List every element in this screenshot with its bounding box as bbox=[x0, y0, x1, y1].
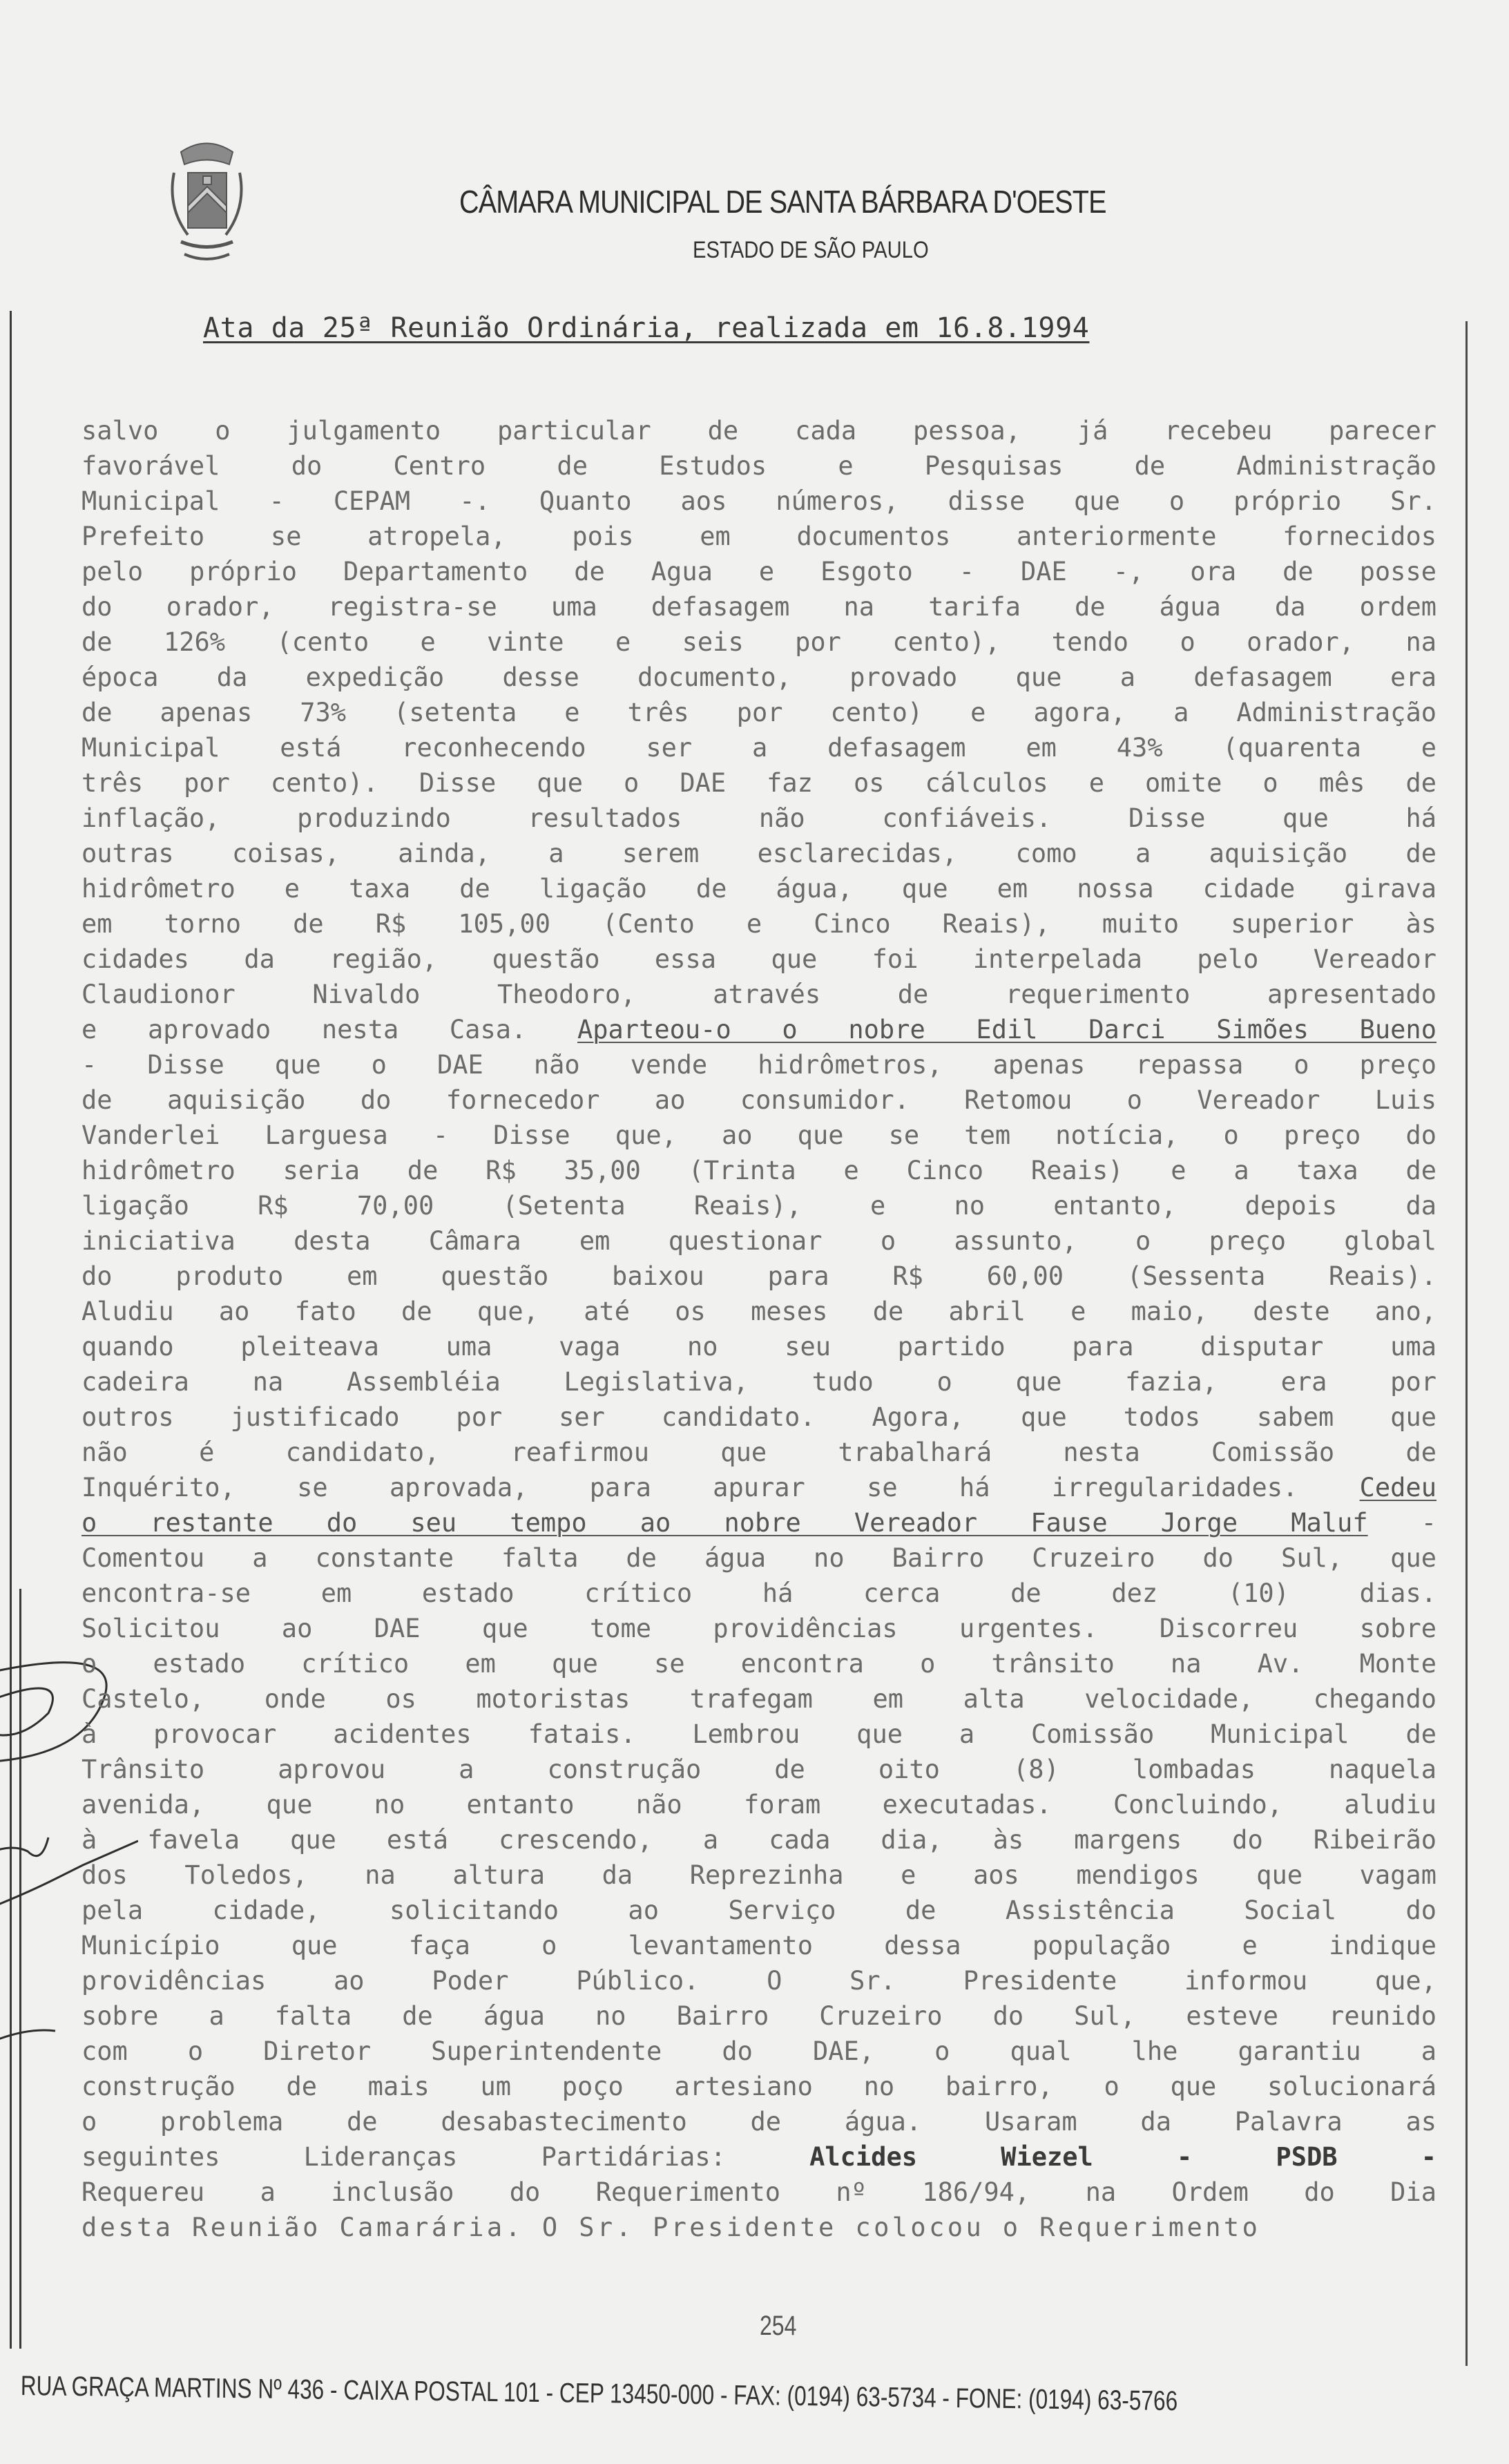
page-number: 254 bbox=[760, 2311, 796, 2342]
text-line: o restante do seu tempo ao nobre Vereado… bbox=[81, 1505, 1436, 1540]
text-line: ligação R$ 70,00 (Setenta Reais), e no e… bbox=[81, 1188, 1436, 1223]
text-line: desta Reunião Camarária. O Sr. President… bbox=[81, 2210, 1436, 2245]
text-line: o estado crítico em que se encontra o tr… bbox=[81, 1646, 1436, 1681]
bold-speaker: Alcides Wiezel - PSDB - bbox=[809, 2142, 1436, 2172]
text-line: sobre a falta de água no Bairro Cruzeiro… bbox=[81, 1998, 1436, 2034]
text-line: não é candidato, reafirmou que trabalhar… bbox=[81, 1435, 1436, 1470]
text-line: o problema de desabastecimento de água. … bbox=[81, 2104, 1436, 2139]
text-line: Comentou a constante falta de água no Ba… bbox=[81, 1540, 1436, 1576]
text-line: com o Diretor Superintendente do DAE, o … bbox=[81, 2034, 1436, 2069]
text-line: - Disse que o DAE não vende hidrômetros,… bbox=[81, 1047, 1436, 1082]
text-line: construção de mais um poço artesiano no … bbox=[81, 2069, 1436, 2104]
text-line: Requereu a inclusão do Requerimento nº 1… bbox=[81, 2175, 1436, 2210]
text-segment: e aprovado nesta Casa. bbox=[81, 1015, 577, 1044]
text-line: do produto em questão baixou para R$ 60,… bbox=[81, 1259, 1436, 1294]
text-line: Municipal está reconhecendo ser a defasa… bbox=[81, 730, 1436, 765]
text-line: Municipal - CEPAM -. Quanto aos números,… bbox=[81, 484, 1436, 519]
state-name: ESTADO DE SÃO PAULO bbox=[693, 237, 929, 264]
text-line: seguintes Lideranças Partidárias: Alcide… bbox=[81, 2139, 1436, 2175]
text-line: inflação, produzindo resultados não conf… bbox=[81, 801, 1436, 836]
right-margin-rule bbox=[1465, 321, 1468, 2366]
text-line: época da expedição desse documento, prov… bbox=[81, 660, 1436, 695]
text-line: hidrômetro e taxa de ligação de água, qu… bbox=[81, 871, 1436, 906]
text-line: à favela que está crescendo, a cada dia,… bbox=[81, 1822, 1436, 1857]
text-line: em torno de R$ 105,00 (Cento e Cinco Rea… bbox=[81, 906, 1436, 942]
text-line: iniciativa desta Câmara em questionar o … bbox=[81, 1223, 1436, 1259]
document-body: salvo o julgamento particular de cada pe… bbox=[81, 413, 1436, 2245]
text-line: pela cidade, solicitando ao Serviço de A… bbox=[81, 1893, 1436, 1928]
coat-of-arms-icon bbox=[160, 131, 253, 269]
text-line: hidrômetro seria de R$ 35,00 (Trinta e C… bbox=[81, 1153, 1436, 1188]
text-line: avenida, que no entanto não foram execut… bbox=[81, 1787, 1436, 1822]
text-line: Vanderlei Larguesa - Disse que, ao que s… bbox=[81, 1118, 1436, 1153]
text-line: de aquisição do fornecedor ao consumidor… bbox=[81, 1082, 1436, 1118]
text-line: providências ao Poder Público. O Sr. Pre… bbox=[81, 1963, 1436, 1998]
text-line: de 126% (cento e vinte e seis por cento)… bbox=[81, 624, 1436, 660]
text-line: do orador, registra-se uma defasagem na … bbox=[81, 589, 1436, 624]
text-line: cadeira na Assembléia Legislativa, tudo … bbox=[81, 1364, 1436, 1400]
text-line: Castelo, onde os motoristas trafegam em … bbox=[81, 1681, 1436, 1717]
text-line: e aprovado nesta Casa. Aparteou-o o nobr… bbox=[81, 1012, 1436, 1047]
text-line: quando pleiteava uma vaga no seu partido… bbox=[81, 1329, 1436, 1364]
text-line: dos Toledos, na altura da Reprezinha e a… bbox=[81, 1857, 1436, 1893]
text-line: Inquérito, se aprovada, para apurar se h… bbox=[81, 1470, 1436, 1505]
footer-address: RUA GRAÇA MARTINS Nº 436 - CAIXA POSTAL … bbox=[21, 2371, 1200, 2418]
left-margin-rule bbox=[10, 311, 12, 2349]
text-line: Solicitou ao DAE que tome providências u… bbox=[81, 1611, 1436, 1646]
text-line: Trânsito aprovou a construção de oito (8… bbox=[81, 1752, 1436, 1787]
text-line: favorável do Centro de Estudos e Pesquis… bbox=[81, 448, 1436, 484]
text-line: Claudionor Nivaldo Theodoro, através de … bbox=[81, 977, 1436, 1012]
text-line: salvo o julgamento particular de cada pe… bbox=[81, 413, 1436, 448]
underlined-speaker: Cedeu bbox=[1360, 1473, 1436, 1502]
left-margin-rule-inner bbox=[19, 1589, 21, 2349]
text-line: Aludiu ao fato de que, até os meses de a… bbox=[81, 1294, 1436, 1329]
text-line: de apenas 73% (setenta e três por cento)… bbox=[81, 695, 1436, 730]
text-line: à provocar acidentes fatais. Lembrou que… bbox=[81, 1717, 1436, 1752]
text-line: outras coisas, ainda, a serem esclarecid… bbox=[81, 836, 1436, 871]
text-line: pelo próprio Departamento de Agua e Esgo… bbox=[81, 554, 1436, 589]
text-segment: seguintes Lideranças Partidárias: bbox=[81, 2142, 809, 2172]
text-line: outros justificado por ser candidato. Ag… bbox=[81, 1400, 1436, 1435]
text-line: três por cento). Disse que o DAE faz os … bbox=[81, 765, 1436, 801]
institution-name: CÂMARA MUNICIPAL DE SANTA BÁRBARA D'OEST… bbox=[459, 183, 1113, 220]
text-line: Prefeito se atropela, pois em documentos… bbox=[81, 519, 1436, 554]
document-title: Ata da 25ª Reunião Ordinária, realizada … bbox=[203, 312, 1308, 344]
text-line: encontra-se em estado crítico há cerca d… bbox=[81, 1576, 1436, 1611]
text-segment: - bbox=[1368, 1508, 1436, 1538]
text-line: cidades da região, questão essa que foi … bbox=[81, 942, 1436, 977]
underlined-speaker: Aparteou-o o nobre Edil Darci Simões Bue… bbox=[577, 1015, 1436, 1044]
underlined-speaker: o restante do seu tempo ao nobre Vereado… bbox=[81, 1508, 1368, 1538]
text-segment: Inquérito, se aprovada, para apurar se h… bbox=[81, 1473, 1360, 1502]
text-line: Município que faça o levantamento dessa … bbox=[81, 1928, 1436, 1963]
